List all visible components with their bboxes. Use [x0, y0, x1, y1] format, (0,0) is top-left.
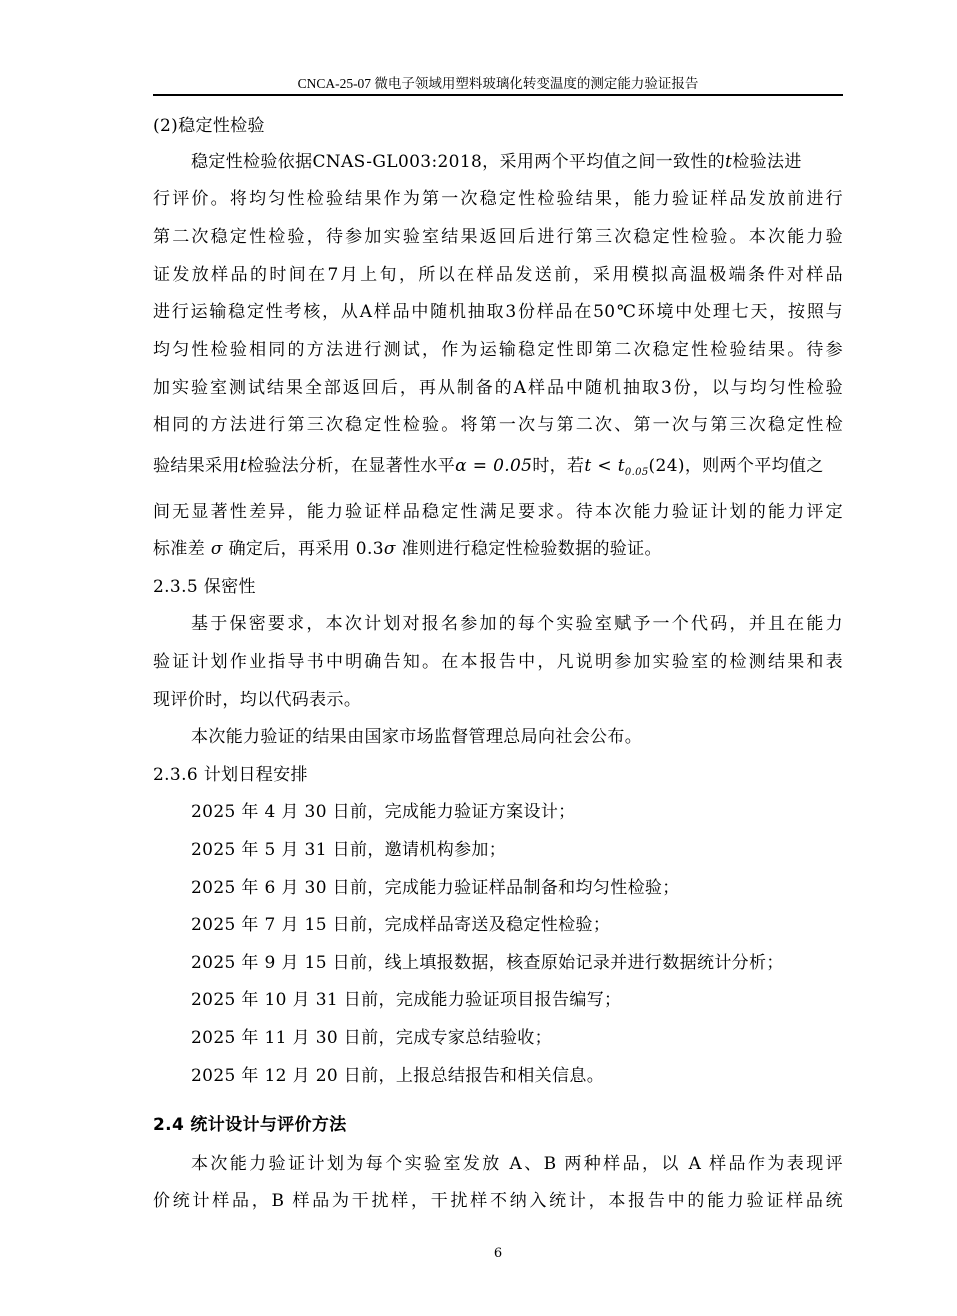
formula-line: 验结果采用t检验法分析，在显著性水平α = 0.05时，若t < t0.05(2…: [153, 455, 843, 484]
section-heading-confidentiality: 2.3.5 保密性: [153, 576, 843, 598]
paragraph-line: 均匀性检验相同的方法进行测试，作为运输稳定性即第二次稳定性检验结果。待参: [153, 339, 843, 361]
t-symbol: t: [240, 456, 247, 476]
schedule-item: 2025 年 6 月 30 日前，完成能力验证样品制备和均匀性检验；: [191, 877, 881, 899]
sigma-symbol: σ: [384, 539, 396, 559]
subsection-heading-stability: (2)稳定性检验: [153, 115, 843, 137]
schedule-item: 2025 年 9 月 15 日前，线上填报数据，核查原始记录并进行数据统计分析；: [191, 952, 881, 974]
paragraph-line: 本次能力验证的结果由国家市场监督管理总局向社会公布。: [191, 726, 881, 748]
paragraph-line: 基于保密要求，本次计划对报名参加的每个实验室赋予一个代码，并且在能力: [191, 613, 843, 635]
paragraph-line: 本次能力验证计划为每个实验室发放 A、B 两种样品，以 A 样品作为表现评: [191, 1153, 843, 1175]
paragraph-line: 价统计样品，B 样品为干扰样，干扰样不纳入统计，本报告中的能力验证样品统: [153, 1190, 843, 1212]
schedule-item: 2025 年 11 月 30 日前，完成专家总结验收；: [191, 1027, 881, 1049]
paragraph-line: 验证计划作业指导书中明确告知。在本报告中，凡说明参加实验室的检测结果和表: [153, 651, 843, 673]
page-header: CNCA-25-07 微电子领域用塑料玻璃化转变温度的测定能力验证报告: [153, 76, 843, 92]
schedule-item: 2025 年 5 月 31 日前，邀请机构参加；: [191, 839, 881, 861]
sigma-line: 标准差 σ 确定后，再采用 0.3σ 准则进行稳定性检验数据的验证。: [153, 538, 843, 560]
schedule-item: 2025 年 7 月 15 日前，完成样品寄送及稳定性检验；: [191, 914, 881, 936]
paragraph-line: 现评价时，均以代码表示。: [153, 689, 843, 711]
page-number: 6: [448, 1246, 548, 1262]
schedule-item: 2025 年 12 月 20 日前，上报总结报告和相关信息。: [191, 1065, 881, 1087]
subscript: 0.05: [625, 467, 649, 478]
paragraph-line: 加实验室测试结果全部返回后，再从制备的A样品中随机抽取3份，以与均匀性检验: [153, 377, 843, 399]
paragraph-line: 稳定性检验依据CNAS-GL003:2018，采用两个平均值之间一致性的t检验法…: [191, 151, 843, 173]
schedule-item: 2025 年 10 月 31 日前，完成能力验证项目报告编写；: [191, 989, 881, 1011]
schedule-item: 2025 年 4 月 30 日前，完成能力验证方案设计；: [191, 801, 881, 823]
section-heading-schedule: 2.3.6 计划日程安排: [153, 764, 843, 786]
sigma-symbol: σ: [211, 539, 223, 559]
alpha-equation: α = 0.05: [455, 456, 532, 476]
paragraph-line: 进行运输稳定性考核，从A样品中随机抽取3份样品在50℃环境中处理七天，按照与: [153, 301, 843, 323]
paragraph-line: 第二次稳定性检验，待参加实验室结果返回后进行第三次稳定性检验。本次能力验: [153, 226, 843, 248]
section-heading-statistics: 2.4 统计设计与评价方法: [153, 1114, 843, 1136]
paragraph-line: 相同的方法进行第三次稳定性检验。将第一次与第二次、第一次与第三次稳定性检: [153, 414, 843, 436]
paragraph-line: 证发放样品的时间在7月上旬，所以在样品发送前，采用模拟高温极端条件对样品: [153, 264, 843, 286]
header-rule: [153, 94, 843, 96]
paragraph-line: 行评价。将均匀性检验结果作为第一次稳定性检验结果，能力验证样品发放前进行: [153, 188, 843, 210]
paragraph-line: 间无显著性差异，能力验证样品稳定性满足要求。待本次能力验证计划的能力评定: [153, 501, 843, 523]
